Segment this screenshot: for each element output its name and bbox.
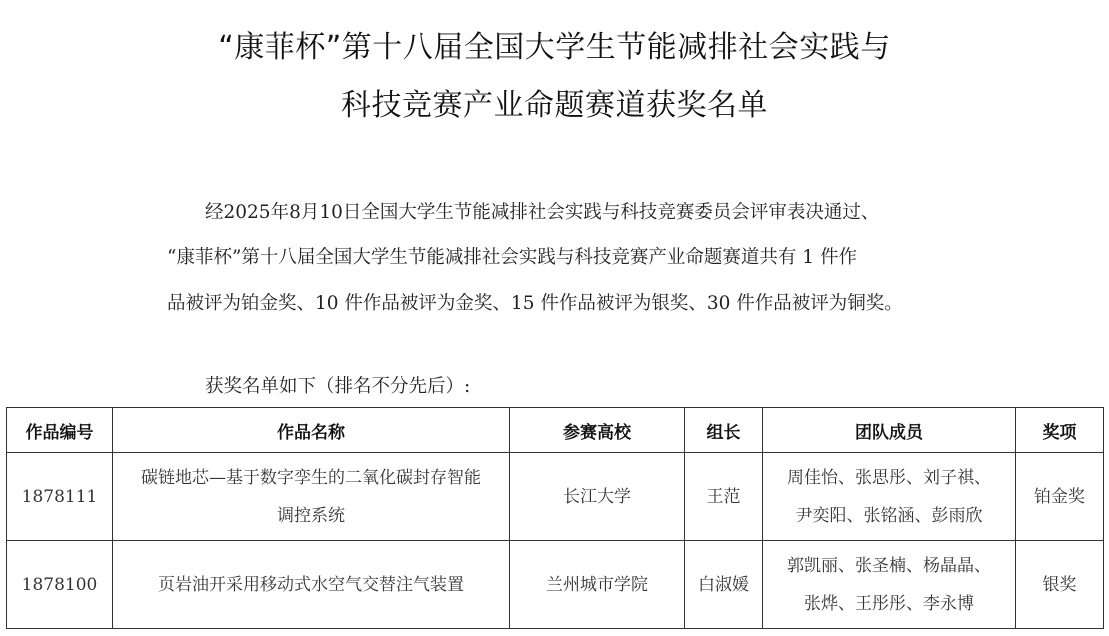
work-name-line-1: 碳链地芯—基于数字孪生的二氧化碳封存智能 — [119, 459, 503, 497]
announcement-paragraph-line-1: 经2025年8月10日全国大学生节能减排社会实践与科技竞赛委员会评审表决通过、 — [205, 198, 995, 224]
header-award: 奖项 — [1016, 408, 1104, 453]
header-team-members: 团队成员 — [763, 408, 1016, 453]
leader-cell: 王范 — [685, 453, 763, 541]
header-work-id: 作品编号 — [7, 408, 113, 453]
award-cell: 铂金奖 — [1016, 453, 1104, 541]
team-members-line-2: 尹奕阳、张铭涵、彭雨欣 — [769, 497, 1009, 535]
announcement-paragraph-line-2: “康菲杯”第十八届全国大学生节能减排社会实践与科技竞赛产业命题赛道共有 1 件作 — [167, 243, 957, 269]
team-members-cell: 周佳怡、张思彤、刘子祺、 尹奕阳、张铭涵、彭雨欣 — [763, 453, 1016, 541]
header-work-name: 作品名称 — [113, 408, 510, 453]
work-name-cell: 碳链地芯—基于数字孪生的二氧化碳封存智能 调控系统 — [113, 453, 510, 541]
team-members-line-2: 张烨、王彤彤、李永博 — [769, 585, 1009, 623]
table-row: 1878111 碳链地芯—基于数字孪生的二氧化碳封存智能 调控系统 长江大学 王… — [7, 453, 1104, 541]
document-title-line-1: “康菲杯”第十八届全国大学生节能减排社会实践与 — [0, 22, 1109, 66]
header-school: 参赛高校 — [510, 408, 685, 453]
work-id-cell: 1878100 — [7, 541, 113, 629]
work-name-cell: 页岩油开采用移动式水空气交替注气装置 — [113, 541, 510, 629]
awards-table: 作品编号 作品名称 参赛高校 组长 团队成员 奖项 1878111 碳链地芯—基… — [6, 407, 1104, 629]
table-header-row: 作品编号 作品名称 参赛高校 组长 团队成员 奖项 — [7, 408, 1104, 453]
work-name-line-2: 调控系统 — [119, 497, 503, 535]
document-title-line-2: 科技竞赛产业命题赛道获奖名单 — [0, 80, 1109, 124]
award-cell: 银奖 — [1016, 541, 1104, 629]
school-cell: 长江大学 — [510, 453, 685, 541]
leader-cell: 白淑媛 — [685, 541, 763, 629]
team-members-line-1: 周佳怡、张思彤、刘子祺、 — [769, 459, 1009, 497]
team-members-cell: 郭凯丽、张圣楠、杨晶晶、 张烨、王彤彤、李永博 — [763, 541, 1016, 629]
award-list-intro: 获奖名单如下（排名不分先后）: — [205, 372, 470, 398]
work-name-line-1: 页岩油开采用移动式水空气交替注气装置 — [119, 566, 503, 604]
header-leader: 组长 — [685, 408, 763, 453]
school-cell: 兰州城市学院 — [510, 541, 685, 629]
team-members-line-1: 郭凯丽、张圣楠、杨晶晶、 — [769, 547, 1009, 585]
announcement-paragraph-line-3: 品被评为铂金奖、10 件作品被评为金奖、15 件作品被评为银奖、30 件作品被评… — [167, 289, 957, 315]
table-row: 1878100 页岩油开采用移动式水空气交替注气装置 兰州城市学院 白淑媛 郭凯… — [7, 541, 1104, 629]
work-id-cell: 1878111 — [7, 453, 113, 541]
